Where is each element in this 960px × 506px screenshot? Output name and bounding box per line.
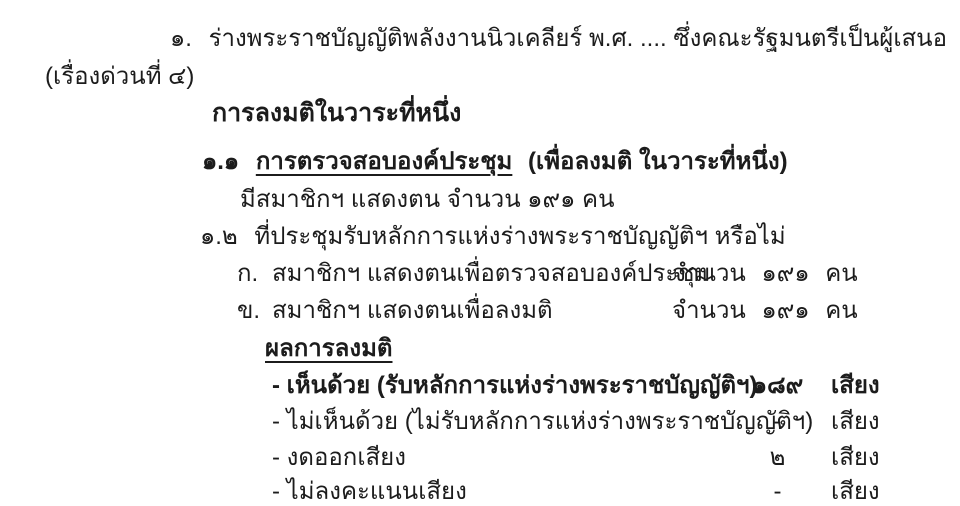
result-row-unit: เสียง	[831, 476, 880, 506]
result-row-agree: - เห็นด้วย (รับหลักการแห่งร่างพระราชบัญญ…	[0, 370, 960, 404]
result-row-text: - งดออกเสียง	[272, 442, 406, 474]
result-row-unit: เสียง	[831, 370, 880, 402]
result-row-text: - ไม่เห็นด้วย (ไม่รับหลักการแห่งร่างพระร…	[272, 406, 813, 438]
agenda-item-number: ๑.	[170, 25, 192, 52]
clause-1-1-suffix: (เพื่อลงมติ ในวาระที่หนึ่ง)	[528, 148, 788, 175]
document-page: ๑. ร่างพระราชบัญญัติพลังงานนิวเคลียร์ พ.…	[0, 0, 960, 506]
clause-1-2-question: ที่ประชุมรับหลักการแห่งร่างพระราชบัญญัติ…	[254, 223, 785, 250]
attendance-row-label: ข.	[237, 295, 260, 327]
clause-1-1-title: การตรวจสอบองค์ประชุม	[256, 148, 513, 175]
result-row-value: ๒	[735, 442, 820, 474]
result-row-unit: เสียง	[831, 406, 880, 438]
result-row-value: -	[735, 406, 820, 438]
attendance-row-label: ก.	[237, 258, 258, 290]
agenda-item-title: ร่างพระราชบัญญัติพลังงานนิวเคลียร์ พ.ศ. …	[209, 25, 947, 52]
clause-1-2-line: ๑.๒ ที่ประชุมรับหลักการแห่งร่างพระราชบัญ…	[200, 221, 786, 253]
result-row-unit: เสียง	[831, 442, 880, 474]
attendance-row-text: สมาชิกฯ แสดงตนเพื่อตรวจสอบองค์ประชุม	[272, 258, 710, 290]
result-row-value: -	[735, 476, 820, 506]
clause-1-1-detail: มีสมาชิกฯ แสดงตน จำนวน ๑๙๑ คน	[240, 184, 614, 216]
result-row-text: - เห็นด้วย (รับหลักการแห่งร่างพระราชบัญญ…	[272, 370, 758, 402]
result-row-value: ๑๘๙	[735, 370, 820, 402]
section-heading: การลงมติในวาระที่หนึ่ง	[212, 97, 461, 129]
attendance-row-amount: จำนวน ๑๙๑ คน	[672, 258, 858, 290]
attendance-amount-unit: คน	[825, 260, 857, 287]
result-row-abstain: - งดออกเสียง ๒ เสียง	[0, 442, 960, 476]
attendance-amount-value: ๑๙๑	[762, 297, 810, 324]
result-row-novote: - ไม่ลงคะแนนเสียง - เสียง	[0, 476, 960, 506]
result-row-disagree: - ไม่เห็นด้วย (ไม่รับหลักการแห่งร่างพระร…	[0, 406, 960, 440]
attendance-row-kho: ข. สมาชิกฯ แสดงตนเพื่อลงมติ จำนวน ๑๙๑ คน	[0, 295, 960, 329]
attendance-amount-label: จำนวน	[672, 297, 746, 324]
attendance-amount-label: จำนวน	[672, 260, 746, 287]
results-heading: ผลการลงมติ	[265, 333, 393, 365]
attendance-row-text: สมาชิกฯ แสดงตนเพื่อลงมติ	[272, 295, 553, 327]
attendance-amount-unit: คน	[825, 297, 857, 324]
clause-1-1-line: ๑.๑ การตรวจสอบองค์ประชุม (เพื่อลงมติ ในว…	[202, 146, 788, 178]
attendance-row-amount: จำนวน ๑๙๑ คน	[672, 295, 858, 327]
attendance-amount-value: ๑๙๑	[762, 260, 810, 287]
attendance-row-ko: ก. สมาชิกฯ แสดงตนเพื่อตรวจสอบองค์ประชุม …	[0, 258, 960, 292]
result-row-text: - ไม่ลงคะแนนเสียง	[272, 476, 467, 506]
agenda-item-line: ๑. ร่างพระราชบัญญัติพลังงานนิวเคลียร์ พ.…	[170, 23, 947, 55]
urgent-note: (เรื่องด่วนที่ ๔)	[45, 61, 194, 93]
clause-1-2-number: ๑.๒	[200, 223, 238, 250]
clause-1-1-number: ๑.๑	[202, 148, 239, 175]
